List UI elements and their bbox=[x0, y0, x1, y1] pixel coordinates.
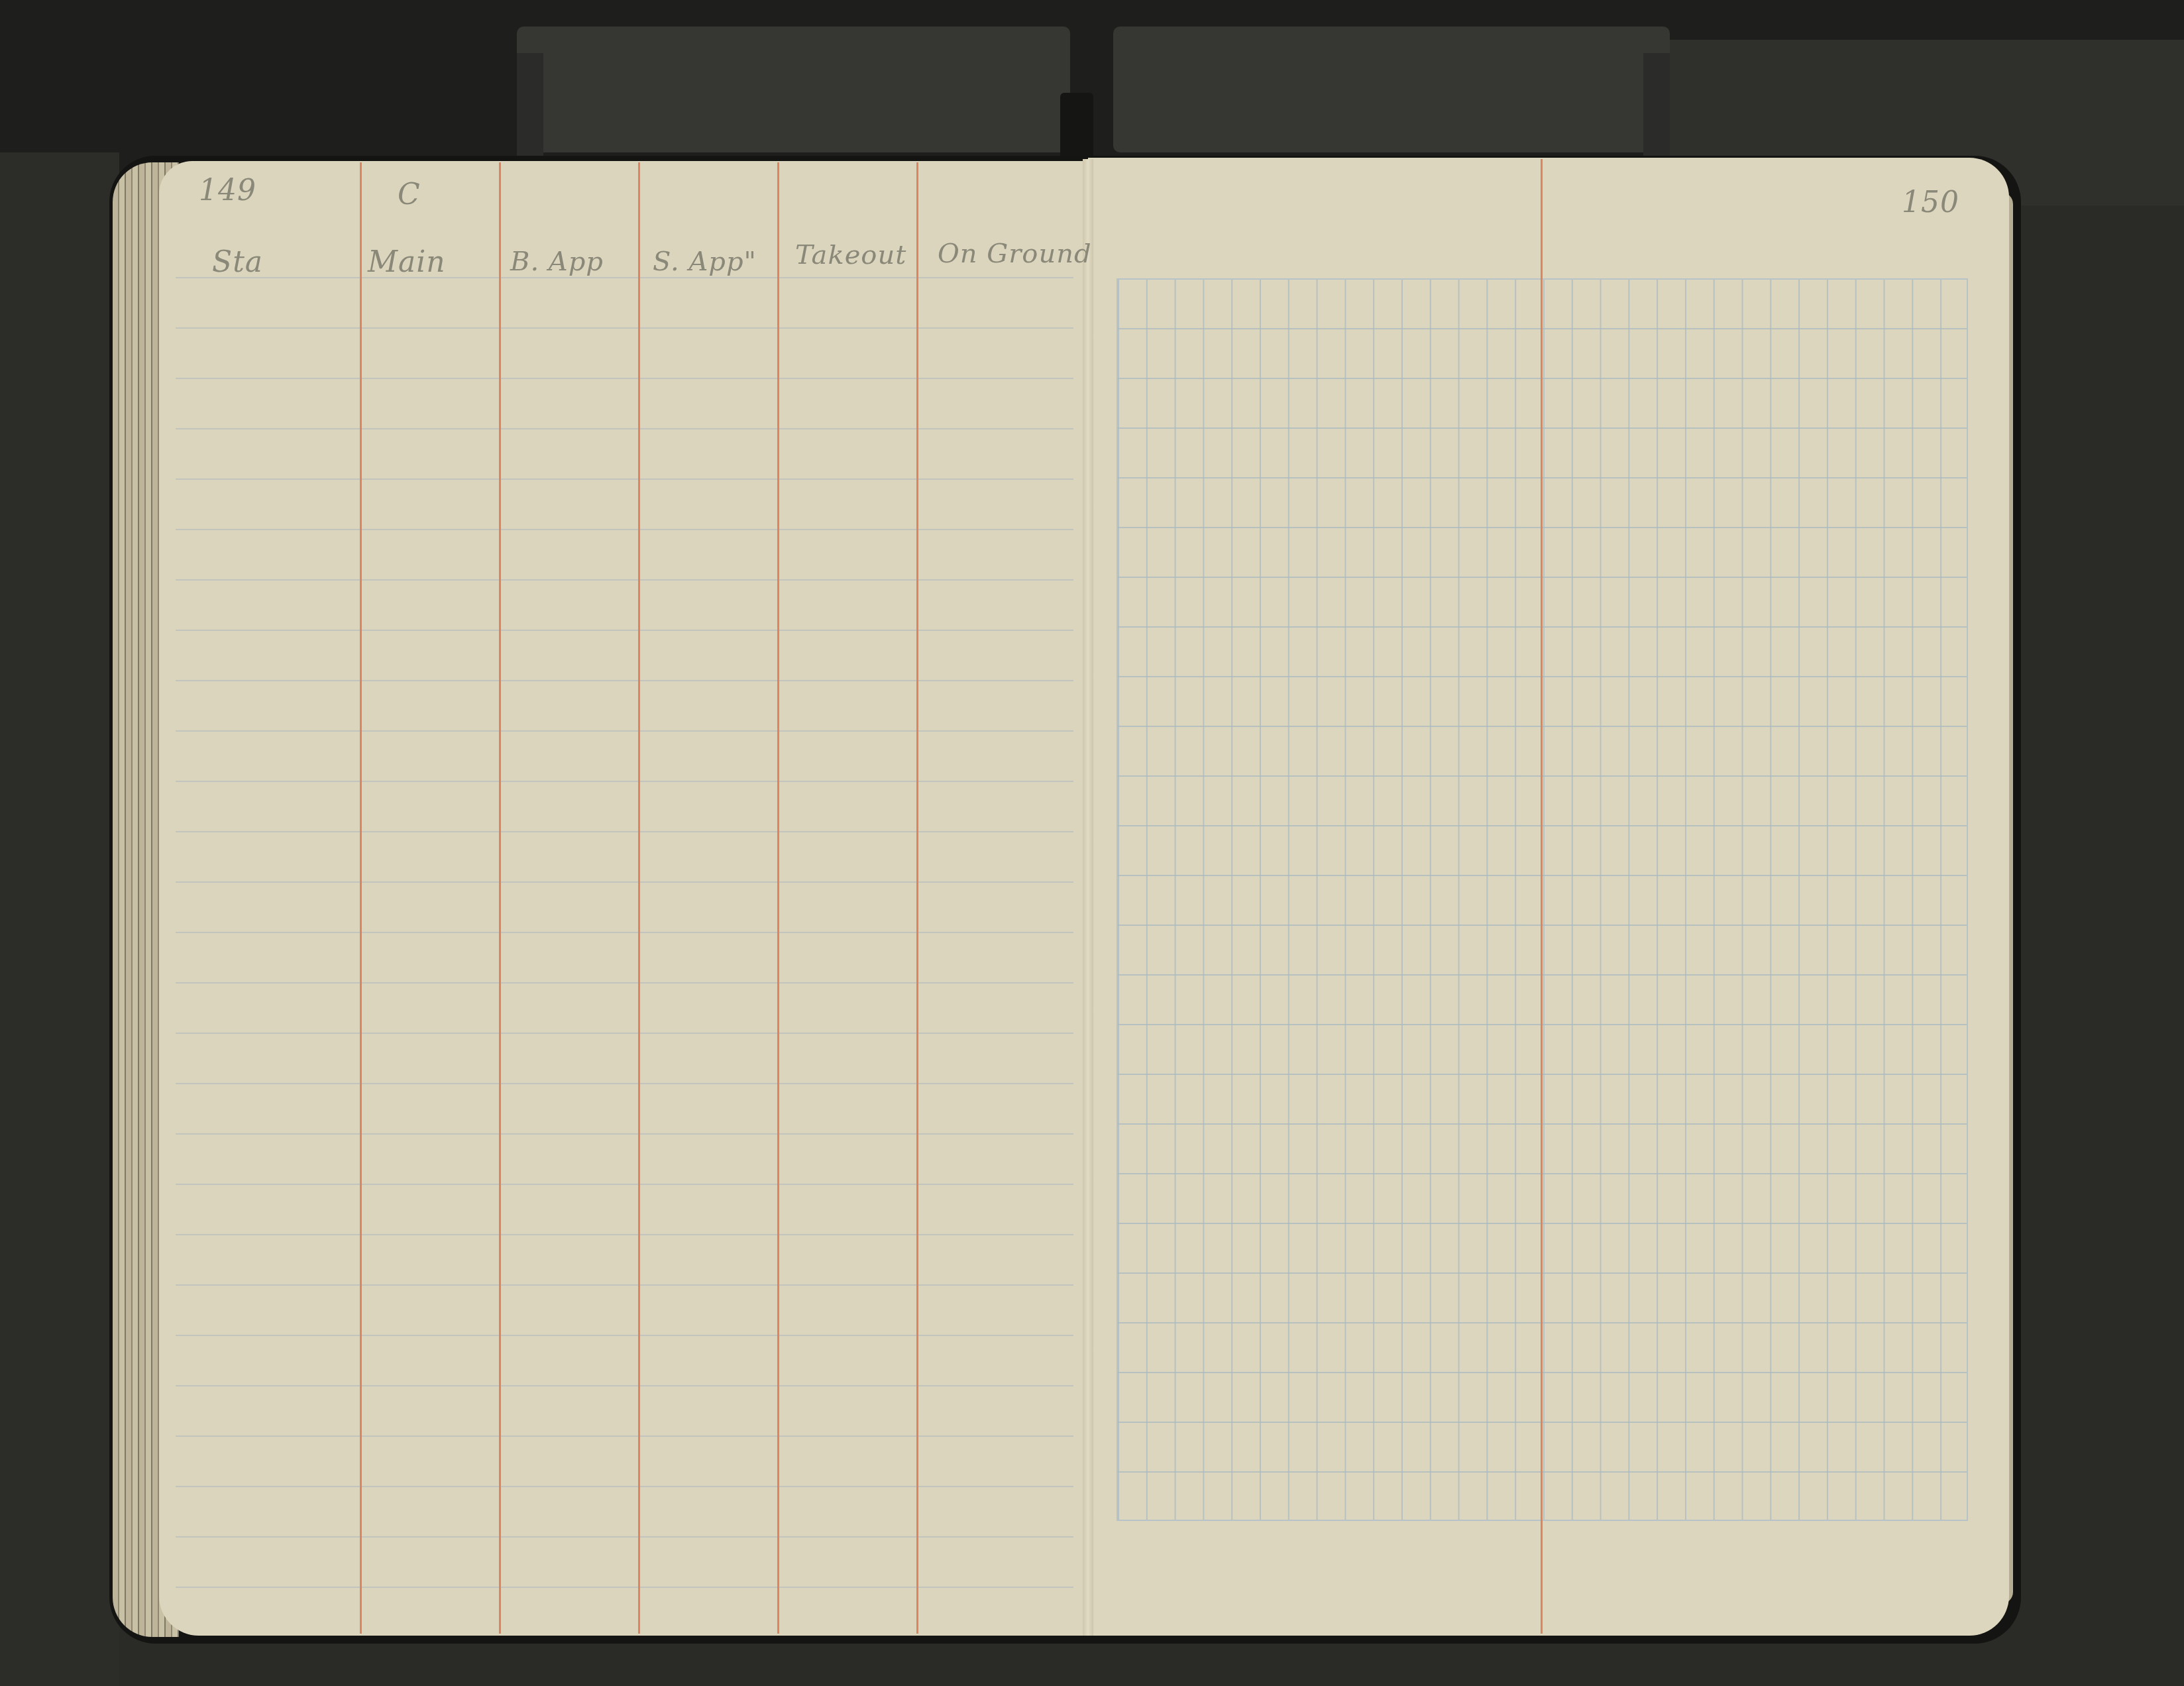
column-header-sta: Sta bbox=[212, 245, 263, 279]
ruled-line bbox=[176, 781, 1073, 782]
ruled-line bbox=[176, 327, 1073, 329]
ruled-line bbox=[176, 579, 1073, 581]
book-holder-left bbox=[517, 27, 1070, 152]
ruled-line bbox=[176, 1435, 1073, 1437]
page-number-right: 150 bbox=[1902, 186, 1959, 219]
red-column-rule bbox=[499, 162, 501, 1634]
top-mark: C bbox=[398, 178, 421, 211]
red-column-rule-right bbox=[1541, 159, 1543, 1634]
ruled-line bbox=[176, 1234, 1073, 1235]
page-number-left: 149 bbox=[199, 174, 256, 207]
column-header-s-app: S. App" bbox=[653, 247, 757, 277]
ruled-line bbox=[176, 982, 1073, 983]
book-gutter bbox=[1083, 159, 1093, 1636]
left-page bbox=[159, 161, 1087, 1636]
ruled-line bbox=[176, 1536, 1073, 1538]
red-column-rule bbox=[360, 162, 362, 1634]
red-column-rule bbox=[777, 162, 779, 1634]
red-column-rule bbox=[638, 162, 640, 1634]
ruled-line bbox=[176, 630, 1073, 631]
ruled-line bbox=[176, 277, 1073, 278]
column-header-takeout: Takeout bbox=[795, 240, 906, 270]
ruled-line bbox=[176, 1587, 1073, 1588]
ruled-line bbox=[176, 378, 1073, 379]
column-header-b-app: B. App bbox=[510, 247, 604, 277]
scanner-background-left bbox=[0, 152, 119, 1686]
ruled-line bbox=[176, 1385, 1073, 1386]
column-header-on-ground: On Ground bbox=[938, 239, 1092, 269]
ruled-line bbox=[176, 529, 1073, 530]
ruled-line bbox=[176, 1133, 1073, 1135]
ruled-line bbox=[176, 831, 1073, 832]
ruled-line bbox=[176, 1486, 1073, 1487]
ruled-line bbox=[176, 478, 1073, 480]
ruled-line bbox=[176, 1083, 1073, 1084]
ruled-line bbox=[176, 1033, 1073, 1034]
red-column-rule bbox=[916, 162, 918, 1634]
ruled-line bbox=[176, 730, 1073, 732]
ruled-line bbox=[176, 1284, 1073, 1286]
ruled-line bbox=[176, 428, 1073, 429]
ruled-line bbox=[176, 881, 1073, 883]
ruled-line bbox=[176, 1184, 1073, 1185]
book-holder-right bbox=[1113, 27, 1670, 152]
column-header-main: Main bbox=[368, 245, 446, 279]
ruled-line bbox=[176, 932, 1073, 933]
ruled-line bbox=[176, 1335, 1073, 1336]
ruled-line bbox=[176, 680, 1073, 681]
